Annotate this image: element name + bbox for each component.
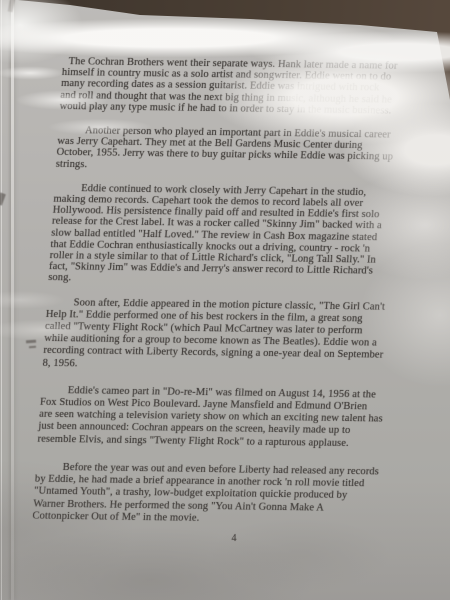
paragraph: Before the year was out and even before …	[32, 462, 408, 528]
paragraph: Another person who played an important p…	[55, 125, 430, 175]
paragraph: The Cochran Brothers went their separate…	[59, 56, 435, 117]
document-text: The Cochran Brothers went their separate…	[31, 56, 435, 541]
paragraph: Eddie's cameo part in "Do-re-Mi" was fil…	[37, 385, 413, 451]
photo-of-document-page: The Cochran Brothers went their separate…	[0, 0, 450, 600]
paragraph: Eddie continued to work closely with Jer…	[48, 183, 427, 289]
paragraph: Soon after, Eddie appeared in the motion…	[42, 296, 419, 374]
smudge-mark	[29, 346, 36, 348]
smudge-mark	[26, 340, 36, 343]
sleeve-left-edge	[1, 0, 2, 600]
page-number: 4	[224, 533, 244, 544]
sleeve-seam	[11, 0, 14, 600]
